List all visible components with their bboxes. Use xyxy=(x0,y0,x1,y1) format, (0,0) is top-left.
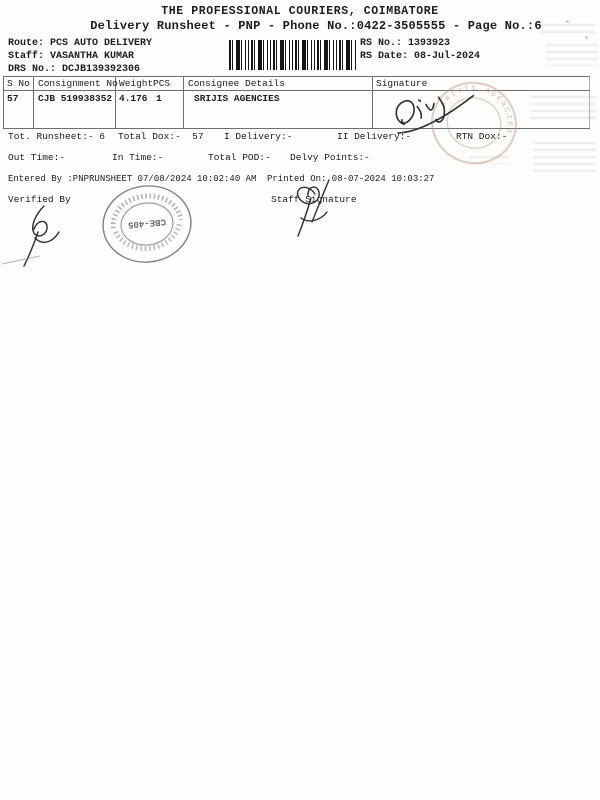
ii-delivery: II Delivery:- xyxy=(337,132,411,143)
staff-line: Staff: VASANTHA KUMAR xyxy=(8,51,134,63)
staff-signature-scribble xyxy=(277,178,347,240)
ghost-text-artifact xyxy=(546,44,598,66)
col-header-pcs: PCS xyxy=(153,79,170,90)
col-header-consignment: Consignment No xyxy=(38,79,118,90)
entered-by: Entered By :PNPRUNSHEET 07/08/2024 10:02… xyxy=(8,174,256,184)
rs-date-line: RS Date: 08-Jul-2024 xyxy=(360,51,480,63)
ghost-text-artifact xyxy=(541,24,595,34)
scan-artifact-line xyxy=(0,252,42,266)
in-time: In Time:- xyxy=(112,153,163,164)
ghost-text-artifact xyxy=(470,156,510,164)
delvy-points: Delvy Points:- xyxy=(290,153,370,164)
col-header-consignee: Consignee Details xyxy=(188,79,285,90)
total-pod: Total POD:- xyxy=(208,153,271,164)
rs-no-line: RS No.: 1393923 xyxy=(360,38,450,50)
ghost-text-artifact xyxy=(530,96,596,124)
i-delivery: I Delivery:- xyxy=(224,132,292,143)
scan-speck xyxy=(585,36,588,39)
cell-consignment: CJB 519938352 xyxy=(38,94,112,105)
tot-runsheet: Tot. Runsheet:- 6 xyxy=(8,132,105,143)
col-header-weight: Weight xyxy=(119,79,153,90)
rtn-dox: RTN Dox:- xyxy=(456,132,507,143)
table-vline xyxy=(372,77,373,128)
cell-weight: 4.176 xyxy=(119,94,148,105)
scan-speck xyxy=(566,20,569,23)
page-subtitle: Delivery Runsheet - PNP - Phone No.:0422… xyxy=(16,20,600,34)
cell-consignee: SRIJIS AGENCIES xyxy=(194,94,280,105)
total-dox: Total Dox:- 57 xyxy=(118,132,204,143)
cbe-stamp: CBE-405 xyxy=(96,179,197,270)
cbe-stamp-code: CBE-405 xyxy=(128,216,167,229)
table-vline xyxy=(33,77,34,128)
page-title: THE PROFESSIONAL COURIERS, COIMBATORE xyxy=(0,5,600,18)
out-time: Out Time:- xyxy=(8,153,65,164)
cell-sno: 57 xyxy=(7,94,18,105)
barcode-image xyxy=(229,40,356,70)
drs-no-line: DRS No.: DCJB139392306 xyxy=(8,64,140,76)
ghost-text-artifact xyxy=(534,142,596,174)
table-vline xyxy=(183,77,184,128)
table-top-border xyxy=(3,76,590,77)
table-vline xyxy=(3,77,4,128)
col-header-sno: S No xyxy=(7,79,30,90)
cell-pcs: 1 xyxy=(156,94,162,105)
runsheet-document: THE PROFESSIONAL COURIERS, COIMBATORE De… xyxy=(0,0,600,800)
route-line: Route: PCS AUTO DELIVERY xyxy=(8,38,152,50)
